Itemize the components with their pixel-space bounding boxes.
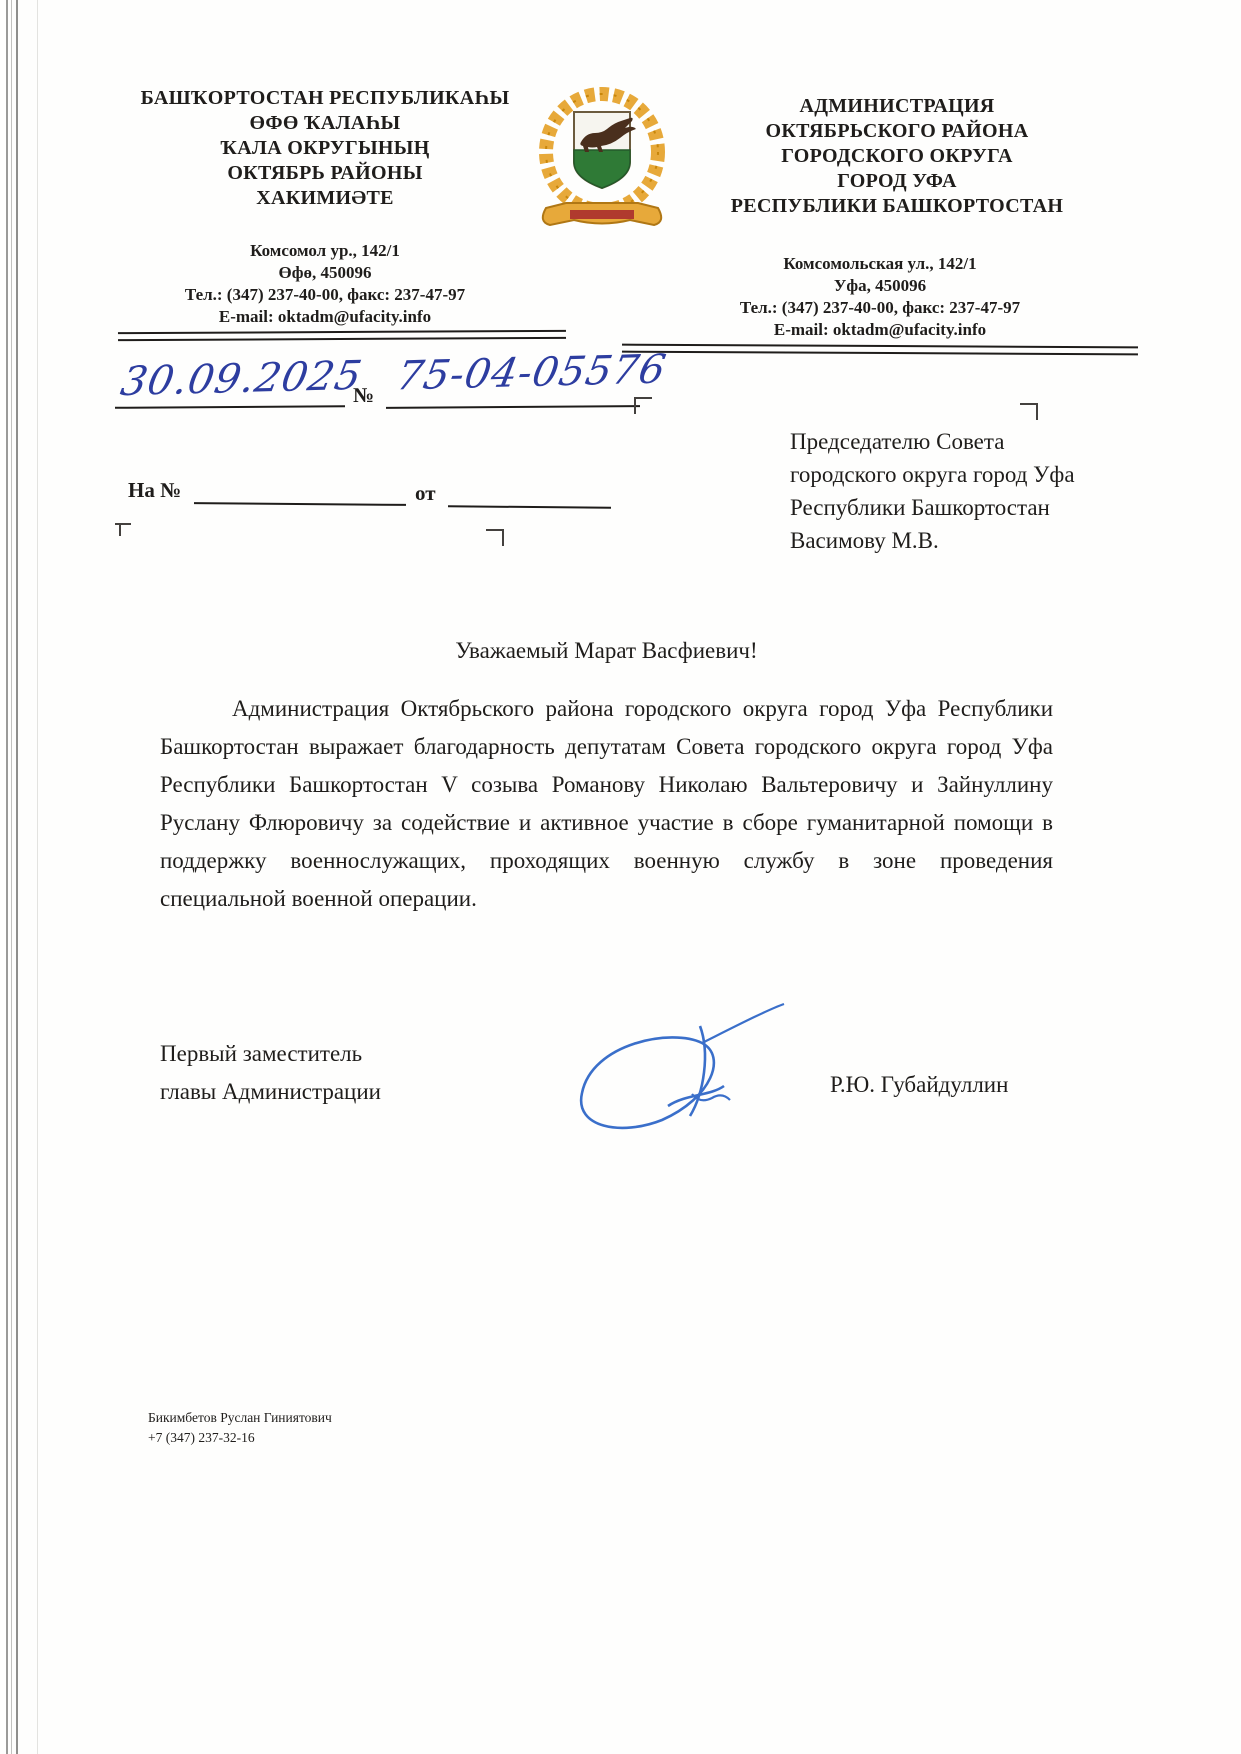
- handwritten-signature: [552, 998, 792, 1163]
- address-block-russian: Комсомольская ул., 142/1 Уфа, 450096 Тел…: [640, 253, 1120, 341]
- form-zone-corner-mark: [115, 523, 131, 540]
- salutation: Уважаемый Марат Васфиевич!: [160, 638, 1053, 664]
- address-line: Тел.: (347) 237-40-00, факс: 237-47-97: [640, 297, 1120, 319]
- ribbon-red-stripe: [570, 210, 634, 219]
- scan-binding-line: [11, 0, 12, 1754]
- recipient-zone-corner-mark: [1020, 403, 1038, 420]
- reply-from-label: от: [415, 481, 436, 506]
- address-line: Уфа, 450096: [640, 275, 1120, 297]
- ufa-coat-of-arms: [536, 86, 668, 237]
- org-name-line: ГОРОДСКОГО ОКРУГА: [672, 144, 1122, 169]
- org-name-line: ОКТЯБРЬСКОГО РАЙОНА: [672, 119, 1122, 144]
- org-name-line: ОКТЯБРЬ РАЙОНЫ: [110, 161, 540, 186]
- address-line: E-mail: oktadm@ufacity.info: [110, 306, 540, 328]
- org-name-line: ҠАЛА ОКРУГЫНЫҢ: [110, 136, 540, 161]
- recipient-line: Председателю Совета: [790, 425, 1130, 458]
- org-name-line: БАШҠОРТОСТАН РЕСПУБЛИКАҺЫ: [110, 86, 540, 111]
- executor-name: Бикимбетов Руслан Гиниятович: [148, 1408, 332, 1428]
- number-underline: [386, 405, 640, 409]
- address-line: Комсомол ур., 142/1: [110, 240, 540, 262]
- signature-tail: [702, 1004, 784, 1043]
- address-line: Комсомольская ул., 142/1: [640, 253, 1120, 275]
- handwritten-outgoing-number: 75-04-05576: [393, 347, 670, 400]
- reply-number-underline: [194, 502, 406, 506]
- org-name-line: ӨФӨ ҠАЛАҺЫ: [110, 111, 540, 136]
- org-name-line: ХАКИМИӘТЕ: [110, 186, 540, 211]
- org-name-line: ГОРОД УФА: [672, 169, 1122, 194]
- org-name-line: АДМИНИСТРАЦИЯ: [672, 94, 1122, 119]
- scan-binding-line: [6, 0, 8, 1754]
- address-line: Тел.: (347) 237-40-00, факс: 237-47-97: [110, 284, 540, 306]
- signer-position-line: Первый заместитель: [160, 1035, 381, 1073]
- signature-loop: [581, 1037, 714, 1127]
- number-sign-label: №: [353, 383, 374, 408]
- coat-of-arms-graphic: [536, 86, 668, 232]
- recipient-line: городского округа город Уфа: [790, 458, 1130, 491]
- recipient-zone-corner-mark: [634, 397, 652, 414]
- scan-page-edge-line: [37, 0, 38, 1754]
- scan-binding-line: [16, 0, 18, 1754]
- org-name-line: РЕСПУБЛИКИ БАШКОРТОСТАН: [672, 194, 1122, 219]
- signer-position-line: главы Администрации: [160, 1073, 381, 1111]
- form-zone-corner-mark: [486, 529, 504, 546]
- signer-name: Р.Ю. Губайдуллин: [830, 1072, 1008, 1098]
- recipient-line: Республики Башкортостан: [790, 491, 1130, 524]
- address-line: E-mail: oktadm@ufacity.info: [640, 319, 1120, 341]
- scanned-letter-page: БАШҠОРТОСТАН РЕСПУБЛИКАҺЫ ӨФӨ ҠАЛАҺЫ ҠАЛ…: [0, 0, 1241, 1754]
- org-name-russian: АДМИНИСТРАЦИЯ ОКТЯБРЬСКОГО РАЙОНА ГОРОДС…: [672, 94, 1122, 219]
- reply-to-label: На №: [128, 478, 181, 503]
- reply-date-underline: [448, 505, 611, 508]
- address-block-bashkir: Комсомол ур., 142/1 Өфө, 450096 Тел.: (3…: [110, 240, 540, 328]
- date-underline: [115, 405, 345, 409]
- address-line: Өфө, 450096: [110, 262, 540, 284]
- org-name-bashkir: БАШҠОРТОСТАН РЕСПУБЛИКАҺЫ ӨФӨ ҠАЛАҺЫ ҠАЛ…: [110, 86, 540, 211]
- recipient-line: Васимову М.В.: [790, 524, 1130, 557]
- handwritten-date: 30.09.2025: [117, 353, 366, 405]
- letter-body: Администрация Октябрьского района городс…: [160, 690, 1053, 918]
- executor-contact: Бикимбетов Руслан Гиниятович +7 (347) 23…: [148, 1408, 332, 1448]
- signer-position: Первый заместитель главы Администрации: [160, 1035, 381, 1111]
- shield-green-base: [574, 150, 630, 188]
- letterhead-divider-right: [622, 344, 1138, 356]
- recipient-block: Председателю Совета городского округа го…: [790, 425, 1130, 557]
- letterhead-divider-left: [118, 330, 566, 341]
- executor-phone: +7 (347) 237-32-16: [148, 1428, 332, 1448]
